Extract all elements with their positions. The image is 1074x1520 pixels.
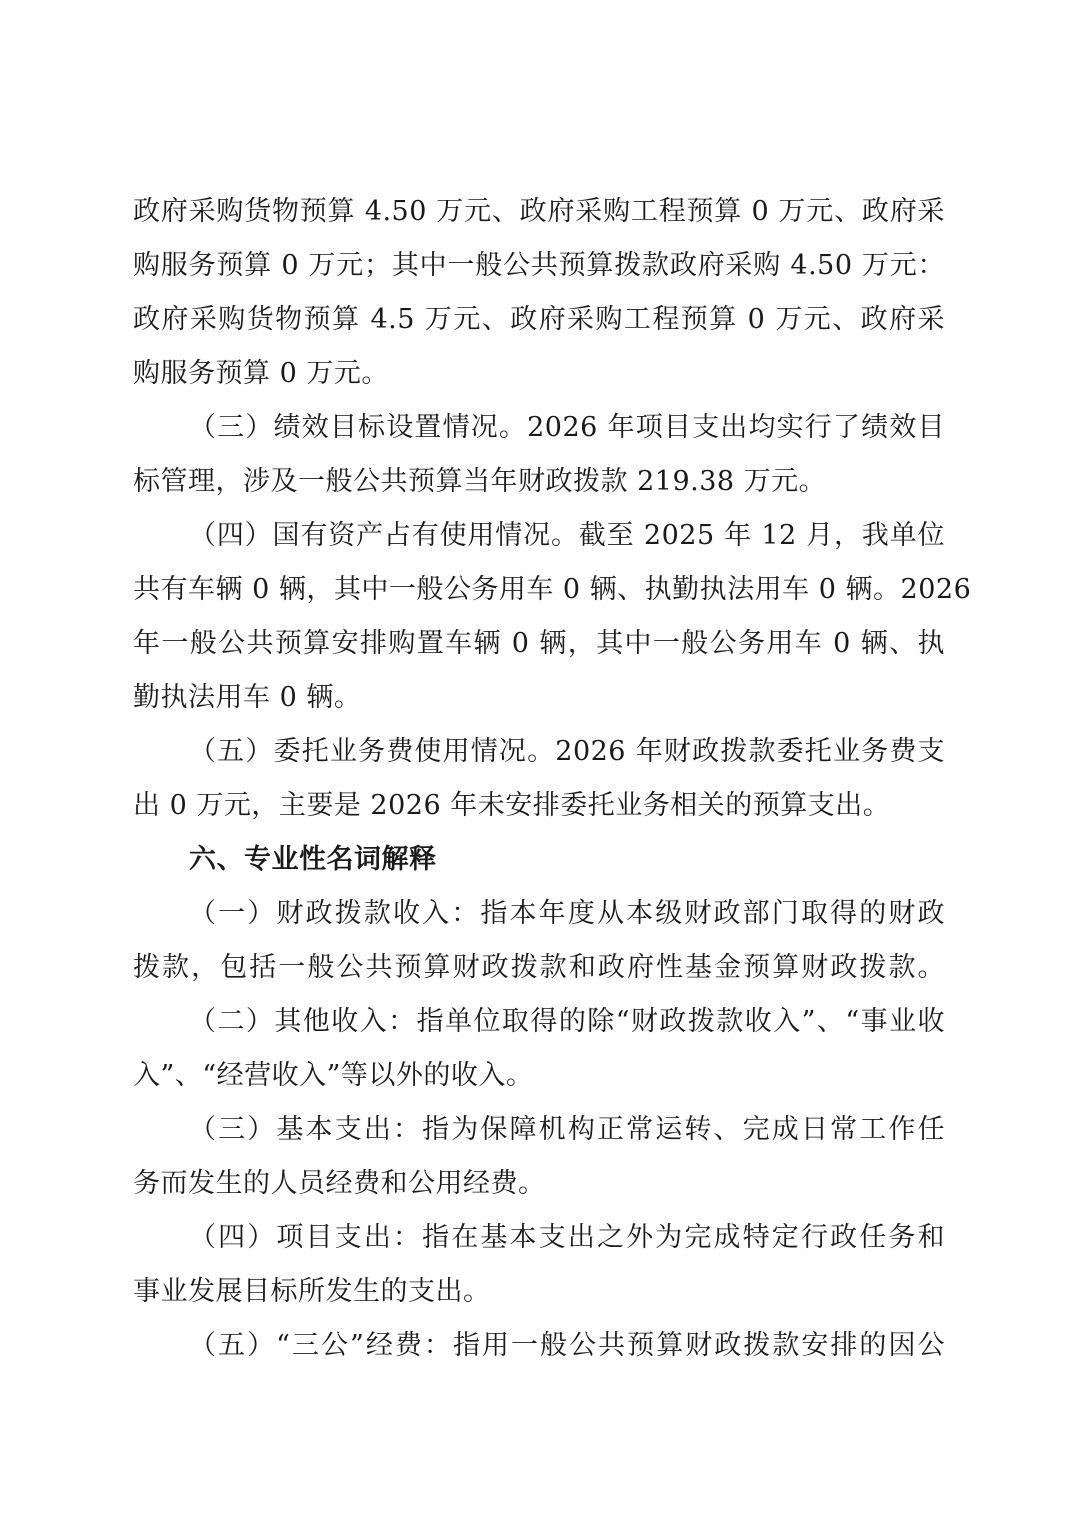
paragraph-line: 拨款，包括一般公共预算财政拨款和政府性基金预算财政拨款。: [133, 946, 945, 1000]
paragraph-line: （五）“三公”经费：指用一般公共预算财政拨款安排的因公: [133, 1324, 945, 1378]
paragraph-line: 政府采购货物预算 4.5 万元、政府采购工程预算 0 万元、政府采: [133, 298, 945, 352]
paragraph-line: 购服务预算 0 万元；其中一般公共预算拨款政府采购 4.50 万元：: [133, 244, 945, 298]
paragraph-line: 务而发生的人员经费和公用经费。: [133, 1162, 945, 1216]
paragraph-line: （三）基本支出：指为保障机构正常运转、完成日常工作任: [133, 1108, 945, 1162]
paragraph-line: 年一般公共预算安排购置车辆 0 辆，其中一般公务用车 0 辆、执: [133, 622, 945, 676]
document-body: 政府采购货物预算 4.50 万元、政府采购工程预算 0 万元、政府采 购服务预算…: [133, 190, 945, 1378]
document-page: 政府采购货物预算 4.50 万元、政府采购工程预算 0 万元、政府采 购服务预算…: [0, 0, 1074, 1520]
paragraph-line: 出 0 万元，主要是 2026 年未安排委托业务相关的预算支出。: [133, 784, 945, 838]
paragraph-line: （三）绩效目标设置情况。2026 年项目支出均实行了绩效目: [133, 406, 945, 460]
paragraph-line: （四）项目支出：指在基本支出之外为完成特定行政任务和: [133, 1216, 945, 1270]
paragraph-line: 事业发展目标所发生的支出。: [133, 1270, 945, 1324]
paragraph-line: 标管理，涉及一般公共预算当年财政拨款 219.38 万元。: [133, 460, 945, 514]
paragraph-line: 购服务预算 0 万元。: [133, 352, 945, 406]
paragraph-line: （二）其他收入：指单位取得的除“财政拨款收入”、“事业收: [133, 1000, 945, 1054]
paragraph-line: 勤执法用车 0 辆。: [133, 676, 945, 730]
paragraph-line: 入”、“经营收入”等以外的收入。: [133, 1054, 945, 1108]
paragraph-line: 共有车辆 0 辆，其中一般公务用车 0 辆、执勤执法用车 0 辆。2026: [133, 568, 945, 622]
section-heading: 六、专业性名词解释: [133, 838, 945, 892]
paragraph-line: （一）财政拨款收入：指本年度从本级财政部门取得的财政: [133, 892, 945, 946]
paragraph-line: （五）委托业务费使用情况。2026 年财政拨款委托业务费支: [133, 730, 945, 784]
paragraph-line: （四）国有资产占有使用情况。截至 2025 年 12 月，我单位: [133, 514, 945, 568]
paragraph-line: 政府采购货物预算 4.50 万元、政府采购工程预算 0 万元、政府采: [133, 190, 945, 244]
